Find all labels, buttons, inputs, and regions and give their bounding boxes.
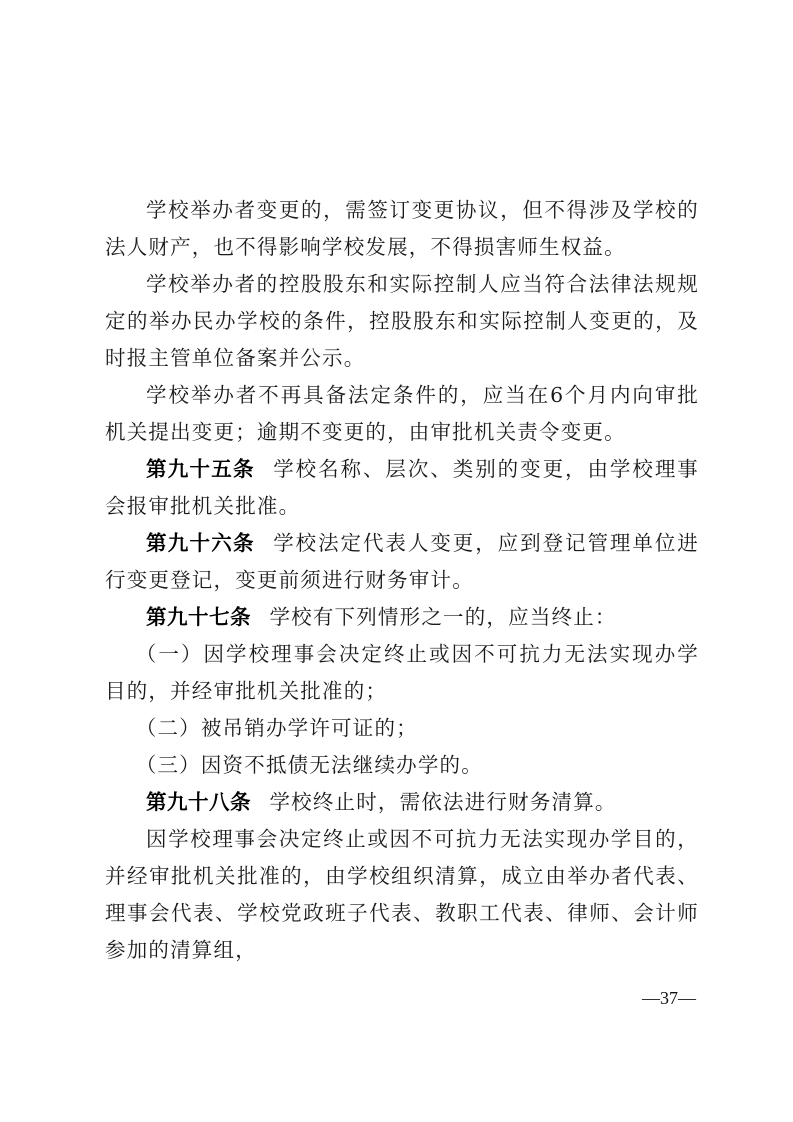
list-item-2: （二）被吊销办学许可证的； — [105, 710, 699, 747]
paragraph-controlling-shareholder: 学校举办者的控股股东和实际控制人应当符合法律法规规定的举办民办学校的条件，控股股… — [105, 266, 699, 377]
page-number: —37— — [642, 988, 696, 1009]
document-body: 学校举办者变更的，需签订变更协议，但不得涉及学校的法人财产，也不得影响学校发展，… — [105, 192, 699, 969]
article-96: 第九十六条学校法定代表人变更，应到登记管理单位进行变更登记，变更前须进行财务审计… — [105, 525, 699, 599]
list-item-text: （二）被吊销办学许可证的； — [136, 716, 418, 740]
list-item-text: （三）因资不抵债无法继续办学的。 — [136, 753, 483, 777]
article-98: 第九十八条学校终止时，需依法进行财务清算。 — [105, 784, 699, 821]
paragraph-liquidation: 因学校理事会决定终止或因不可抗力无法实现办学目的，并经审批机关批准的，由学校组织… — [105, 821, 699, 969]
article-text: 学校终止时，需依法进行财务清算。 — [269, 790, 616, 814]
paragraph-text: 学校举办者不再具备法定条件的，应当在6个月内向审批机关提出变更；逾期不变更的，由… — [105, 383, 699, 444]
paragraph-text: 学校举办者变更的，需签订变更协议，但不得涉及学校的法人财产，也不得影响学校发展，… — [105, 198, 699, 259]
article-number: 第九十七条 — [146, 605, 251, 629]
document-page: 学校举办者变更的，需签订变更协议，但不得涉及学校的法人财产，也不得影响学校发展，… — [0, 0, 793, 1122]
article-number: 第九十五条 — [146, 457, 255, 481]
paragraph-founder-change: 学校举办者变更的，需签订变更协议，但不得涉及学校的法人财产，也不得影响学校发展，… — [105, 192, 699, 266]
paragraph-text: 因学校理事会决定终止或因不可抗力无法实现办学目的，并经审批机关批准的，由学校组织… — [105, 827, 699, 962]
list-item-3: （三）因资不抵债无法继续办学的。 — [105, 747, 699, 784]
article-97: 第九十七条学校有下列情形之一的，应当终止： — [105, 599, 699, 636]
paragraph-founder-disqualified: 学校举办者不再具备法定条件的，应当在6个月内向审批机关提出变更；逾期不变更的，由… — [105, 377, 699, 451]
article-number: 第九十八条 — [146, 790, 251, 814]
paragraph-text: 学校举办者的控股股东和实际控制人应当符合法律法规规定的举办民办学校的条件，控股股… — [105, 272, 699, 370]
article-number: 第九十六条 — [146, 531, 255, 555]
list-item-text: （一）因学校理事会决定终止或因不可抗力无法实现办学目的，并经审批机关批准的； — [105, 642, 699, 703]
list-item-1: （一）因学校理事会决定终止或因不可抗力无法实现办学目的，并经审批机关批准的； — [105, 636, 699, 710]
article-text: 学校有下列情形之一的，应当终止： — [269, 605, 616, 629]
article-95: 第九十五条学校名称、层次、类别的变更，由学校理事会报审批机关批准。 — [105, 451, 699, 525]
